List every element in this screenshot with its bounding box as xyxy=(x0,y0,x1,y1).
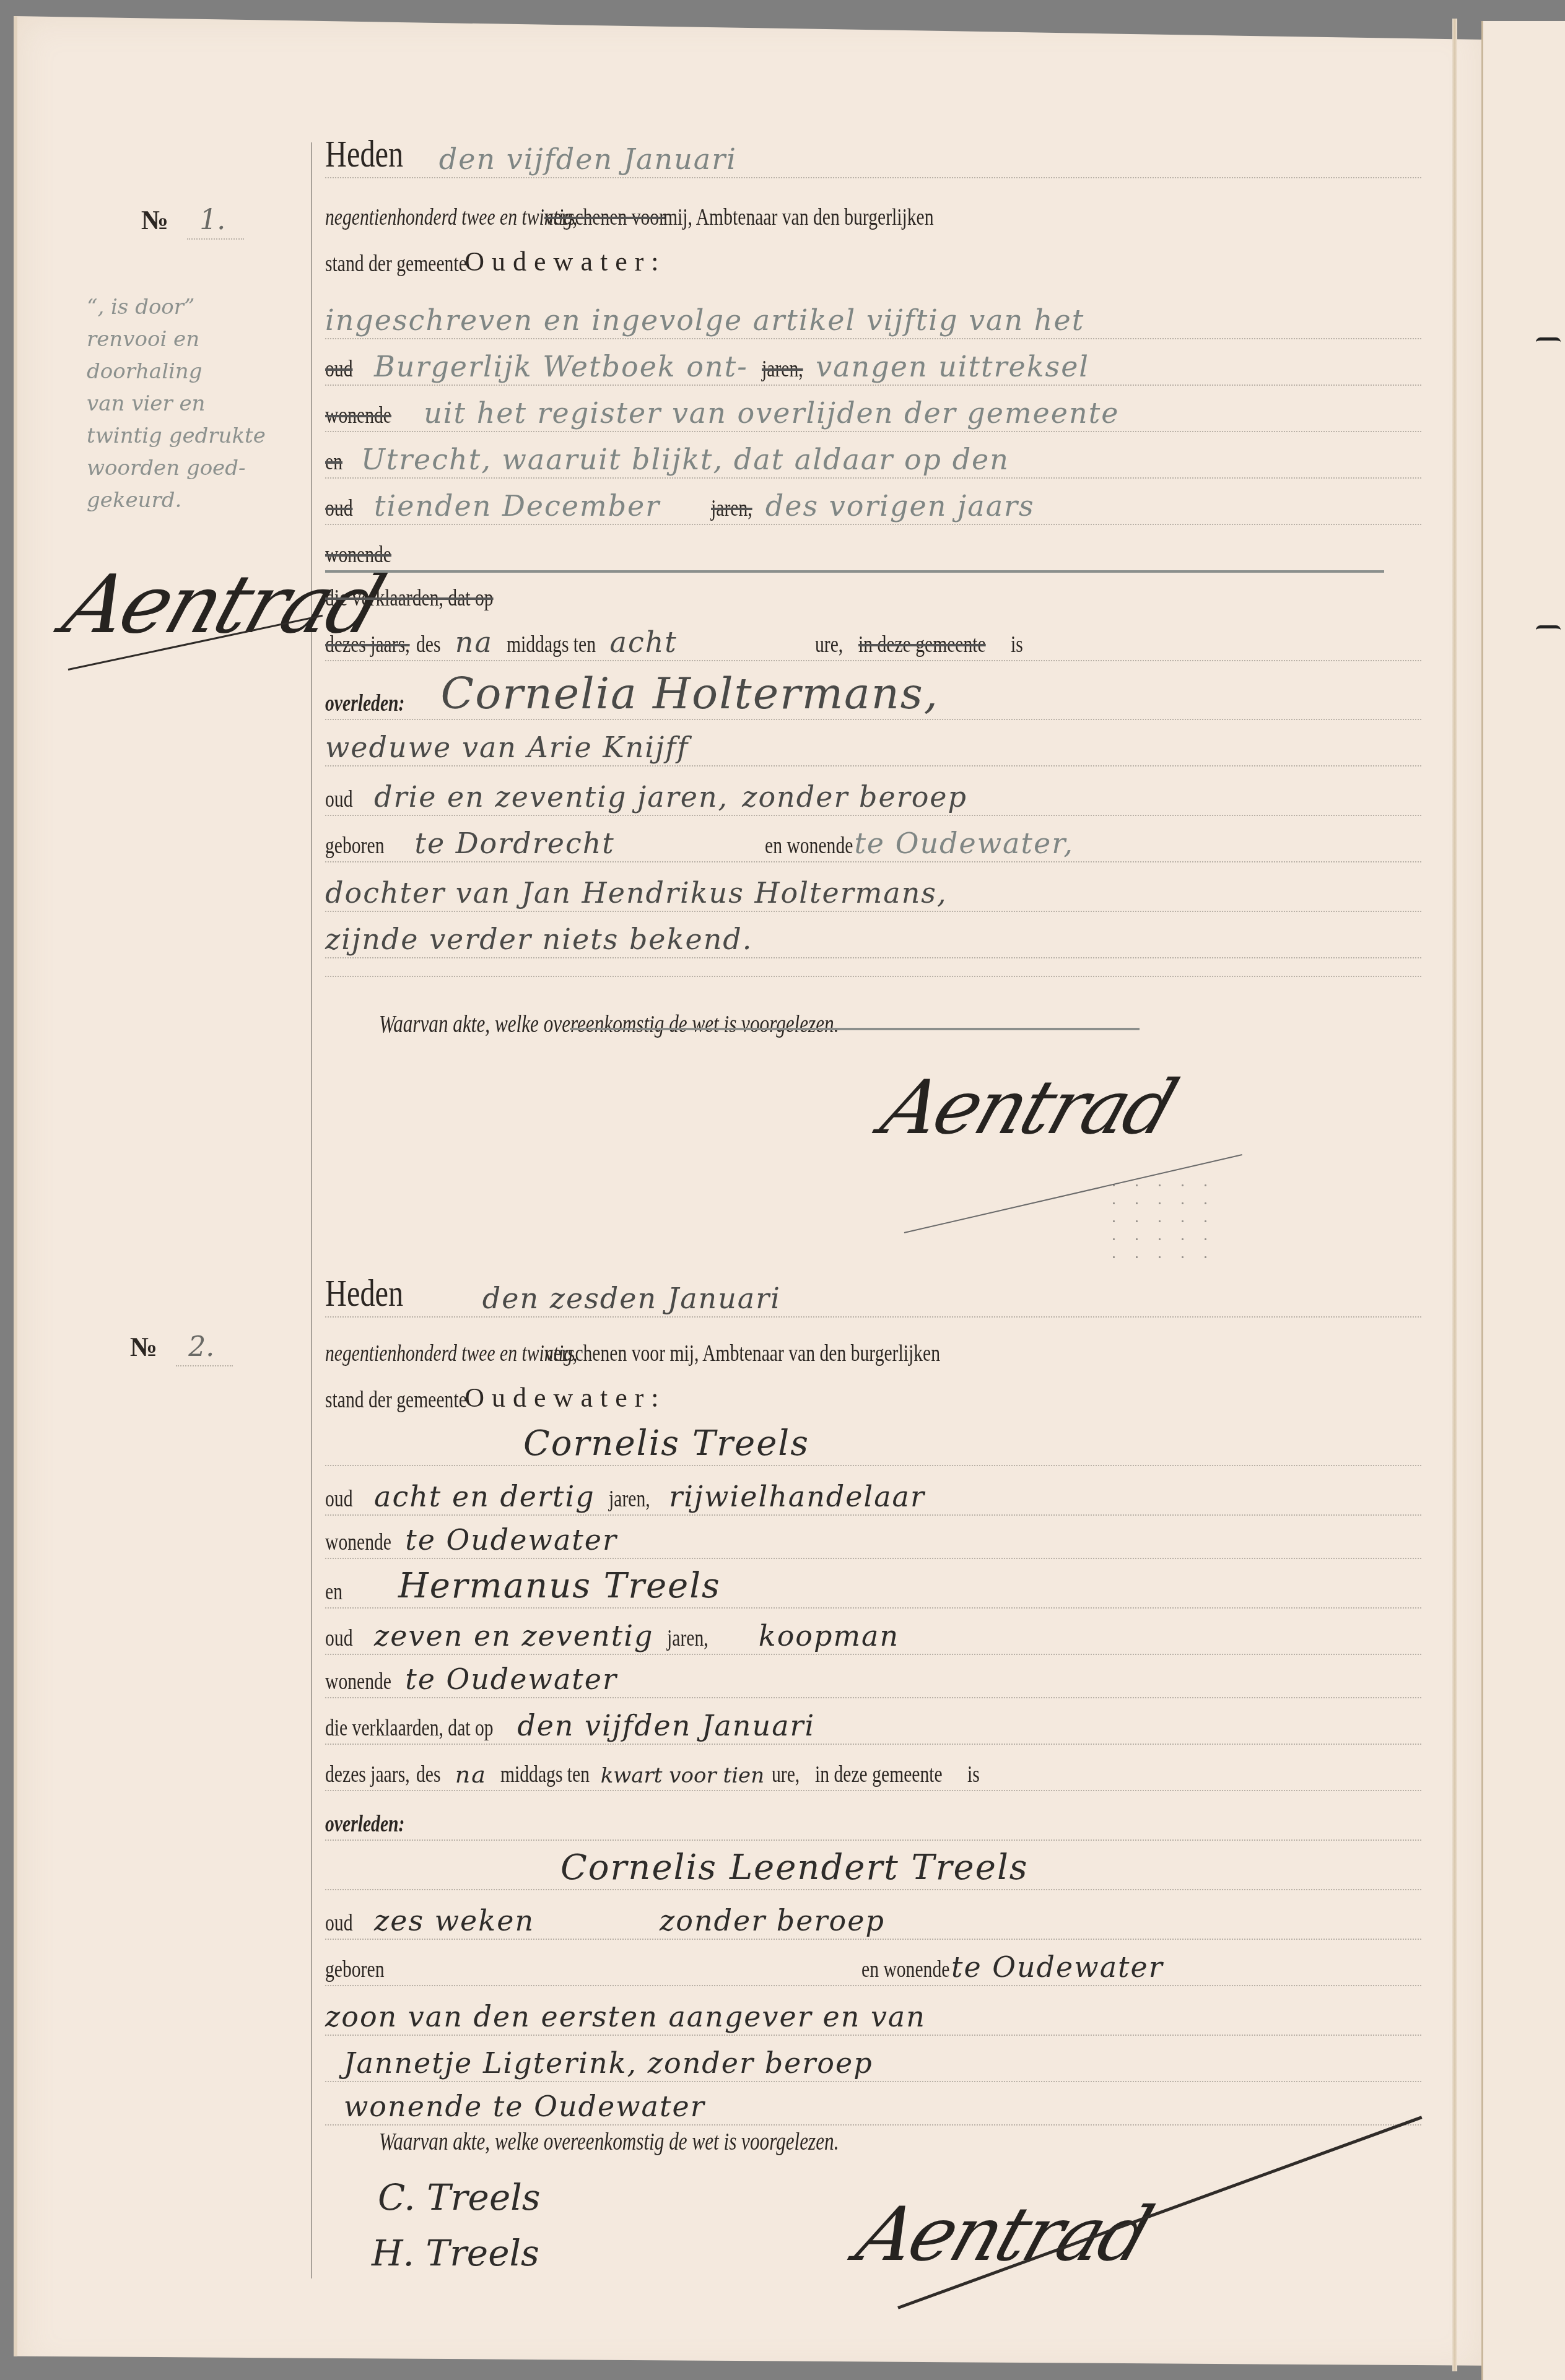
informant2-age-line: oud zeven en zeventig jaren, koopman xyxy=(325,1607,1421,1655)
next-page-edge xyxy=(1481,21,1565,2380)
deceased-line: overleden: Cornelia Holtermans, xyxy=(325,662,1421,720)
wonende-label: wonende xyxy=(325,1531,391,1554)
municipality-prefix: stand der gemeente xyxy=(325,252,467,276)
birthplace-line: geboren te Dordrecht en wonende te Oudew… xyxy=(325,814,1421,862)
insert-text: Utrecht, waaruit blijkt, dat aldaar op d… xyxy=(361,445,1009,474)
geboren-label: geboren xyxy=(325,834,384,858)
number-label: № xyxy=(141,204,168,236)
ure-label: ure, xyxy=(772,1763,800,1786)
informant2-residence-line: wonende te Oudewater xyxy=(325,1650,1421,1698)
in-deze-gemeente-label: in deze gemeente xyxy=(858,633,986,656)
heden-label: Heden xyxy=(325,1274,403,1313)
informant2-name: Hermanus Treels xyxy=(398,1569,721,1604)
residence-value: te Oudewater xyxy=(951,1953,1164,1981)
margin-note-line: renvooi en xyxy=(87,323,310,355)
wonende-struck-line: wonende xyxy=(325,523,1384,573)
informant1-occupation: rijwielhandelaar xyxy=(669,1482,925,1511)
age-line: oud zes weken zonder beroep xyxy=(325,1891,1421,1940)
jaren-label: jaren, xyxy=(609,1487,650,1511)
next-page-ink-mark xyxy=(1536,337,1561,347)
informant1-residence-line: wonende te Oudewater xyxy=(325,1511,1421,1559)
widow-of-text: weduwe van Arie Knijff xyxy=(325,733,689,762)
middags-ten-label: middags ten xyxy=(507,633,596,656)
is-label: is xyxy=(1011,633,1023,656)
insert-text: vangen uittreksel xyxy=(816,352,1089,381)
year-line: negentienhonderd twee en twintig, versch… xyxy=(325,186,1421,233)
middags-ten-label: middags ten xyxy=(500,1763,590,1786)
verklaarden-label: die verklaarden, dat op xyxy=(325,586,494,610)
closing-strikethrough xyxy=(570,1028,1140,1030)
insert-text: Burgerlijk Wetboek ont- xyxy=(374,352,748,381)
page-gutter xyxy=(1452,19,1457,2371)
witness-signature-1: C. Treels xyxy=(378,2176,541,2218)
struck-label: oud xyxy=(325,497,352,520)
official-signature: Aentrad xyxy=(871,1065,1185,1151)
insert-text: uit het register van overlijden der geme… xyxy=(424,399,1119,427)
wonende-label: en wonende xyxy=(765,834,853,858)
municipality-prefix: stand der gemeente xyxy=(325,1388,467,1412)
year-line: negentienhonderd twee en twintig, versch… xyxy=(325,1322,1421,1369)
mother-residence-value: wonende te Oudewater xyxy=(344,2092,705,2121)
death-date-value: den vijfden Januari xyxy=(517,1711,815,1740)
oud-label: oud xyxy=(325,1911,352,1935)
wonende-label: wonende xyxy=(325,1670,391,1693)
age-value: zes weken xyxy=(374,1906,534,1935)
insert-text: ingeschreven en ingevolge artikel vijfti… xyxy=(325,306,1084,334)
oud-label: oud xyxy=(325,1626,352,1650)
parents-line: Jannetje Ligterink, zonder beroep xyxy=(325,2034,1421,2082)
en-label: en xyxy=(325,1580,342,1604)
municipality-name: Oudewater: xyxy=(464,248,666,276)
record-number-value: 2. xyxy=(176,1331,233,1366)
heden-line: Heden den vijfden Januari xyxy=(325,118,1421,178)
oud-label: oud xyxy=(325,788,352,811)
number-label: № xyxy=(130,1331,157,1363)
remarks-line: zijnde verder niets bekend. xyxy=(325,910,1421,958)
informant1-name-line: Cornelis Treels xyxy=(325,1418,1421,1466)
closing-statement: Waarvan akte, welke overeenkomstig de we… xyxy=(379,1009,839,1038)
appeared-before-text: verschenen voor mij, Ambtenaar van den b… xyxy=(544,1342,940,1365)
parents-line: dochter van Jan Hendrikus Holtermans, xyxy=(325,864,1421,912)
deceased-name: Cornelis Leendert Treels xyxy=(560,1851,1029,1885)
time-line: dezes jaars, des na middags ten acht ure… xyxy=(325,613,1421,661)
next-page-ink-mark xyxy=(1536,625,1561,635)
margin-note-line: doorhaling xyxy=(87,355,310,388)
heden-label: Heden xyxy=(325,135,403,173)
closing-text: Waarvan akte, welke overeenkomstig de we… xyxy=(379,1010,839,1038)
margin-note-line: “, is door” xyxy=(87,291,310,323)
record-number-1: № 1. xyxy=(141,204,244,240)
struck-label: wonende xyxy=(325,543,391,567)
dezes-jaars-label: dezes jaars, xyxy=(325,633,410,656)
is-label: is xyxy=(967,1763,980,1786)
official-signature: Aentrad xyxy=(847,2192,1160,2278)
informant2-name-line: en Hermanus Treels xyxy=(325,1560,1421,1609)
ink-specks xyxy=(1102,1176,1226,1263)
hour-value: kwart voor tien xyxy=(601,1765,764,1786)
deceased-line: Cornelis Leendert Treels xyxy=(325,1842,1421,1890)
remarks-value: zijnde verder niets bekend. xyxy=(325,925,752,953)
insert-line: oud tienden December jaren, des vorigen … xyxy=(325,477,1421,525)
insert-line: ingeschreven en ingevolge artikel vijfti… xyxy=(325,291,1421,339)
informant1-residence: te Oudewater xyxy=(405,1526,617,1554)
geboren-label: geboren xyxy=(325,1958,384,1981)
struck-label: jaren, xyxy=(711,497,752,520)
verklaarden-line: die verklaarden, dat op xyxy=(325,567,1421,614)
witness-signature-2: H. Treels xyxy=(372,2232,539,2274)
hour-value: acht xyxy=(610,628,678,656)
margin-note-line: twintig gedrukte xyxy=(87,420,310,452)
margin-note-line: van vier en xyxy=(87,388,310,420)
heden-value: den zesden Januari xyxy=(482,1284,781,1313)
residence-value: te Oudewater, xyxy=(854,829,1073,858)
heden-value: den vijfden Januari xyxy=(439,145,737,173)
jaren-label: jaren, xyxy=(667,1626,708,1650)
year-text: negentienhonderd twee en twintig, xyxy=(325,206,577,229)
insert-line: en Utrecht, waaruit blijkt, dat aldaar o… xyxy=(325,430,1421,479)
deceased-name: Cornelia Holtermans, xyxy=(441,672,939,715)
informant1-age: acht en dertig xyxy=(374,1482,595,1511)
appeared-before-text: mij, Ambtenaar van den burgerlijken xyxy=(663,206,934,229)
margin-note-line: woorden goed- xyxy=(87,452,310,484)
parents-value: zoon van den eersten aangever en van xyxy=(325,2002,926,2031)
des-label: des xyxy=(416,633,441,656)
struck-label: wonende xyxy=(325,404,391,427)
parents-value: dochter van Jan Hendrikus Holtermans, xyxy=(325,879,948,907)
overleden-label: overleden: xyxy=(325,1812,404,1836)
informant2-residence: te Oudewater xyxy=(405,1665,617,1693)
struck-text: verschenen voor xyxy=(544,206,665,229)
age-line: oud drie en zeventig jaren, zonder beroe… xyxy=(325,768,1421,816)
age-value: drie en zeventig jaren, xyxy=(374,783,728,811)
insert-line: wonende uit het register van overlijden … xyxy=(325,384,1421,432)
margin-note-line: gekeurd. xyxy=(87,484,310,516)
parents-line: wonende te Oudewater xyxy=(325,2077,1421,2126)
birthplace-value: te Dordrecht xyxy=(414,829,614,858)
municipality-line: stand der gemeente Oudewater: xyxy=(325,1368,1421,1415)
birthplace-line: geboren en wonende te Oudewater xyxy=(325,1938,1421,1986)
death-date-line: die verklaarden, dat op den vijfden Janu… xyxy=(325,1696,1421,1745)
blank-line xyxy=(325,960,1421,977)
ure-label: ure, xyxy=(815,633,843,656)
insert-line: oud Burgerlijk Wetboek ont- jaren, vange… xyxy=(325,337,1421,386)
margin-annotation: “, is door” renvooi en doorhaling van vi… xyxy=(87,291,310,516)
struck-label: en xyxy=(325,450,342,474)
overleden-line: overleden: xyxy=(325,1792,1421,1841)
occupation-value: zonder beroep xyxy=(742,783,967,811)
wonende-label: en wonende xyxy=(861,1958,949,1981)
daypart-value: na xyxy=(455,628,493,656)
verklaarden-label: die verklaarden, dat op xyxy=(325,1716,494,1740)
overleden-label: overleden: xyxy=(325,692,404,715)
informant2-occupation: koopman xyxy=(759,1622,899,1650)
closing-text: Waarvan akte, welke overeenkomstig de we… xyxy=(379,2127,839,2155)
des-label: des xyxy=(416,1763,441,1786)
insert-text: tienden December xyxy=(374,492,660,520)
closing-statement: Waarvan akte, welke overeenkomstig de we… xyxy=(379,2127,839,2156)
heden-line: Heden den zesden Januari xyxy=(325,1257,1421,1318)
record-number-2: № 2. xyxy=(130,1331,233,1366)
insert-text: des vorigen jaars xyxy=(765,492,1035,520)
informant2-age: zeven en zeventig xyxy=(374,1622,653,1650)
struck-label: oud xyxy=(325,357,352,381)
record-number-value: 1. xyxy=(187,204,244,240)
dezes-jaars-label: dezes jaars, xyxy=(325,1763,410,1786)
daypart-value: na xyxy=(455,1763,487,1786)
margin-rule xyxy=(311,142,312,2278)
time-line: dezes jaars, des na middags ten kwart vo… xyxy=(325,1743,1421,1791)
mother-value: Jannetje Ligterink, zonder beroep xyxy=(344,2049,873,2077)
informant1-age-line: oud acht en dertig jaren, rijwielhandela… xyxy=(325,1467,1421,1516)
municipality-line: stand der gemeente Oudewater: xyxy=(325,232,1421,279)
oud-label: oud xyxy=(325,1487,352,1511)
occupation-value: zonder beroep xyxy=(660,1906,885,1935)
year-text: negentienhonderd twee en twintig, xyxy=(325,1342,577,1365)
deceased-extra-line: weduwe van Arie Knijff xyxy=(325,718,1421,767)
struck-label: jaren, xyxy=(762,357,803,381)
in-deze-gemeente-label: in deze gemeente xyxy=(815,1763,943,1786)
municipality-name: Oudewater: xyxy=(464,1384,666,1412)
informant1-name: Cornelis Treels xyxy=(523,1427,809,1461)
parents-line: zoon van den eersten aangever en van xyxy=(325,1987,1421,2036)
